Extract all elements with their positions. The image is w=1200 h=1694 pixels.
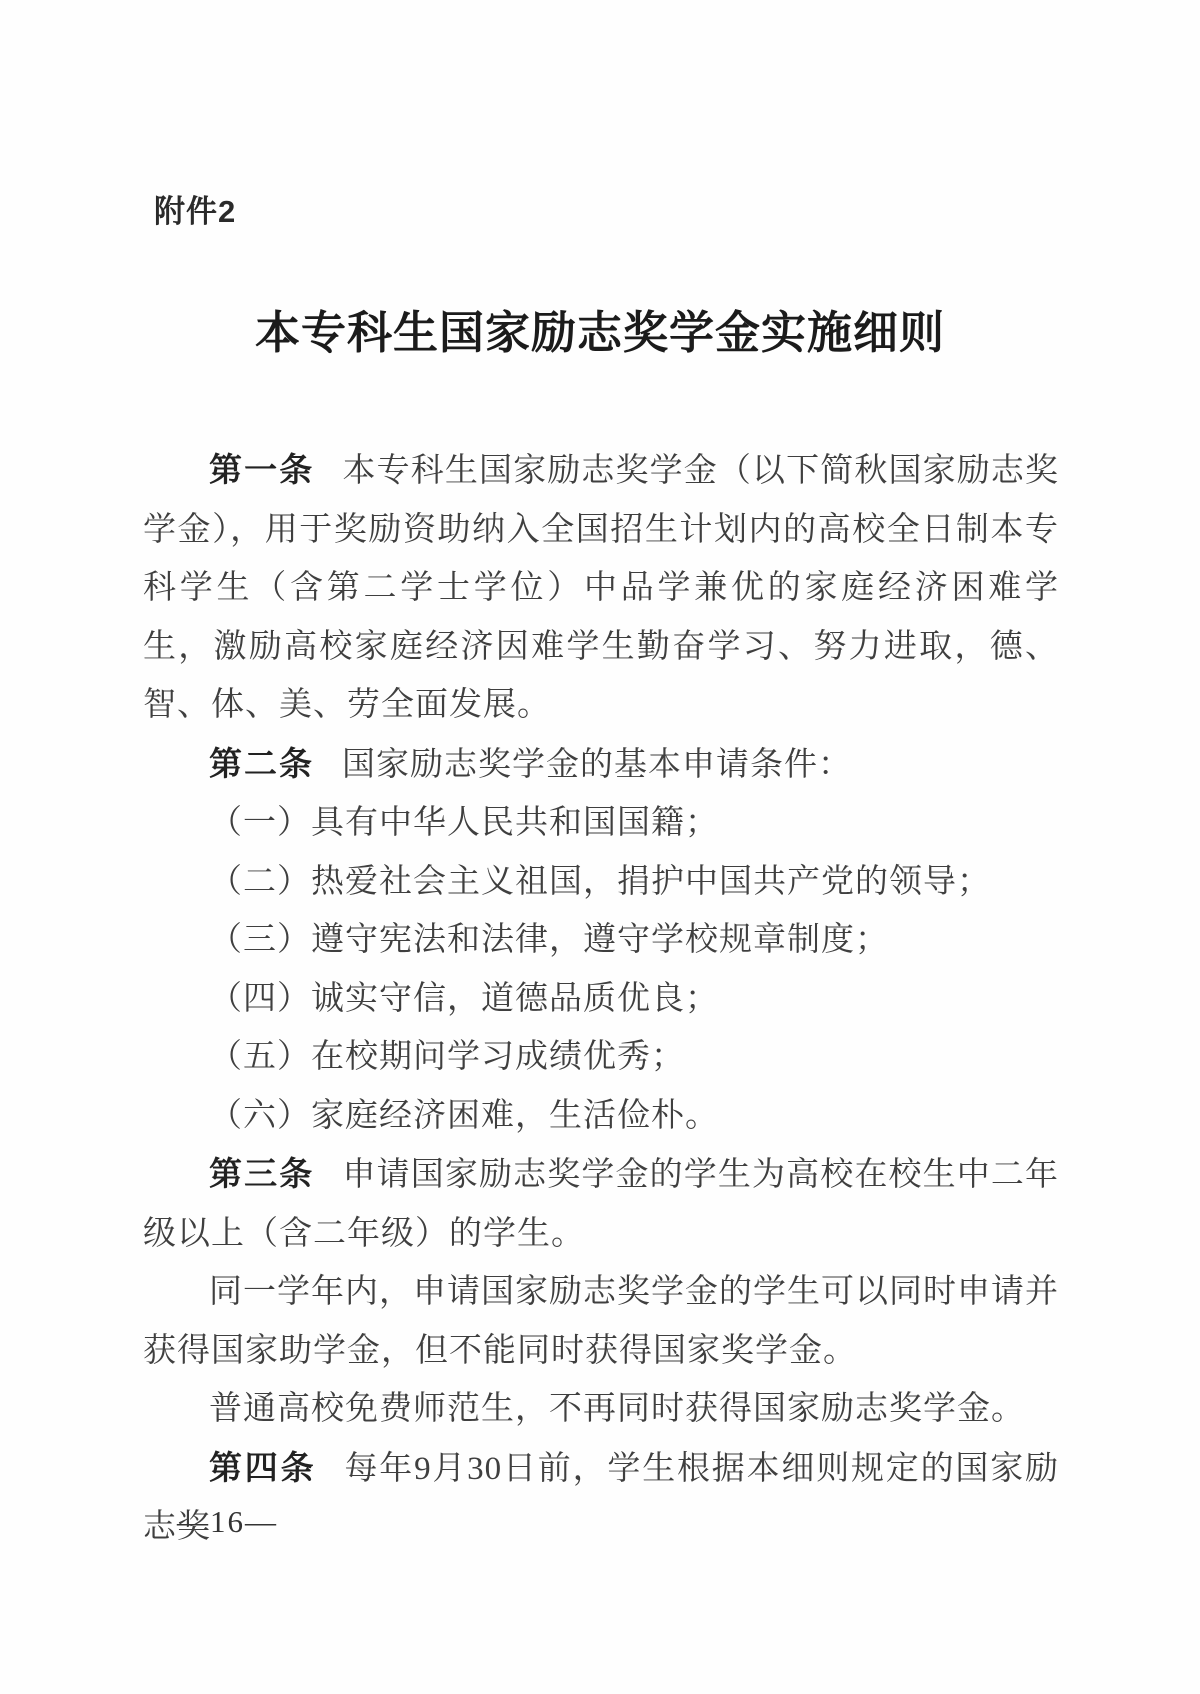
- paragraph: 第三条申请国家励志奖学金的学生为高校在校生中二年级以上（含二年级）的学生。: [143, 1145, 1059, 1263]
- paragraph-text: （二）热爱社会主义祖国，捐护中国共产党的领导；: [209, 864, 991, 900]
- paragraph-text: 同一学年内，申请国家励志奖学金的学生可以同时申请并获得国家助学金，但不能同时获得…: [143, 1274, 1059, 1369]
- paragraph-text: 本专科生国家励志奖学金（以下简秋国家励志奖学金），用于奖励资助纳入全国招生计划内…: [143, 453, 1059, 723]
- document-body: 第一条本专科生国家励志奖学金（以下简秋国家励志奖学金），用于奖励资助纳入全国招生…: [143, 441, 1059, 1557]
- paragraph-text: 国家励志奖学金的基本申请条件：: [342, 747, 852, 783]
- article-label: 第三条: [209, 1155, 314, 1192]
- paragraph-text: 普通高校免费师范生，不再同时获得国家励志奖学金。: [209, 1391, 1025, 1427]
- paragraph: 普通高校免费师范生，不再同时获得国家励志奖学金。: [143, 1380, 1059, 1439]
- article-label: 第一条: [209, 451, 314, 488]
- paragraph: （六）家庭经济困难，生活俭朴。: [143, 1087, 1059, 1146]
- page-number: —16—: [177, 1504, 278, 1540]
- paragraph-text: （四）诚实守信，道德品质优良；: [209, 981, 719, 1017]
- paragraph: （一）具有中华人民共和国国籍；: [143, 794, 1059, 853]
- article-label: 第四条: [209, 1449, 316, 1486]
- paragraph: （三）遵守宪法和法律，遵守学校规章制度；: [143, 911, 1059, 970]
- paragraph: （五）在校期问学习成绩优秀；: [143, 1028, 1059, 1087]
- paragraph: 第四条每年9月30日前，学生根据本细则规定的国家励志奖: [143, 1439, 1059, 1557]
- paragraph-text: （六）家庭经济困难，生活俭朴。: [209, 1098, 719, 1134]
- paragraph: （四）诚实守信，道德品质优良；: [143, 970, 1059, 1029]
- paragraph-text: （一）具有中华人民共和国国籍；: [209, 805, 719, 841]
- paragraph: （二）热爱社会主义祖国，捐护中国共产党的领导；: [143, 853, 1059, 912]
- paragraph-text: （五）在校期问学习成绩优秀；: [209, 1039, 685, 1075]
- article-label: 第二条: [209, 745, 314, 782]
- paragraph: 第一条本专科生国家励志奖学金（以下简秋国家励志奖学金），用于奖励资助纳入全国招生…: [143, 441, 1059, 735]
- paragraph: 同一学年内，申请国家励志奖学金的学生可以同时申请并获得国家助学金，但不能同时获得…: [143, 1263, 1059, 1380]
- document-title: 本专科生国家励志奖学金实施细则: [142, 296, 1058, 361]
- document-page: 附件2 本专科生国家励志奖学金实施细则 第一条本专科生国家励志奖学金（以下简秋国…: [0, 0, 1200, 1694]
- paragraph: 第二条国家励志奖学金的基本申请条件：: [143, 735, 1059, 795]
- attachment-label: 附件2: [154, 186, 236, 231]
- paragraph-text: （三）遵守宪法和法律，遵守学校规章制度；: [209, 922, 889, 958]
